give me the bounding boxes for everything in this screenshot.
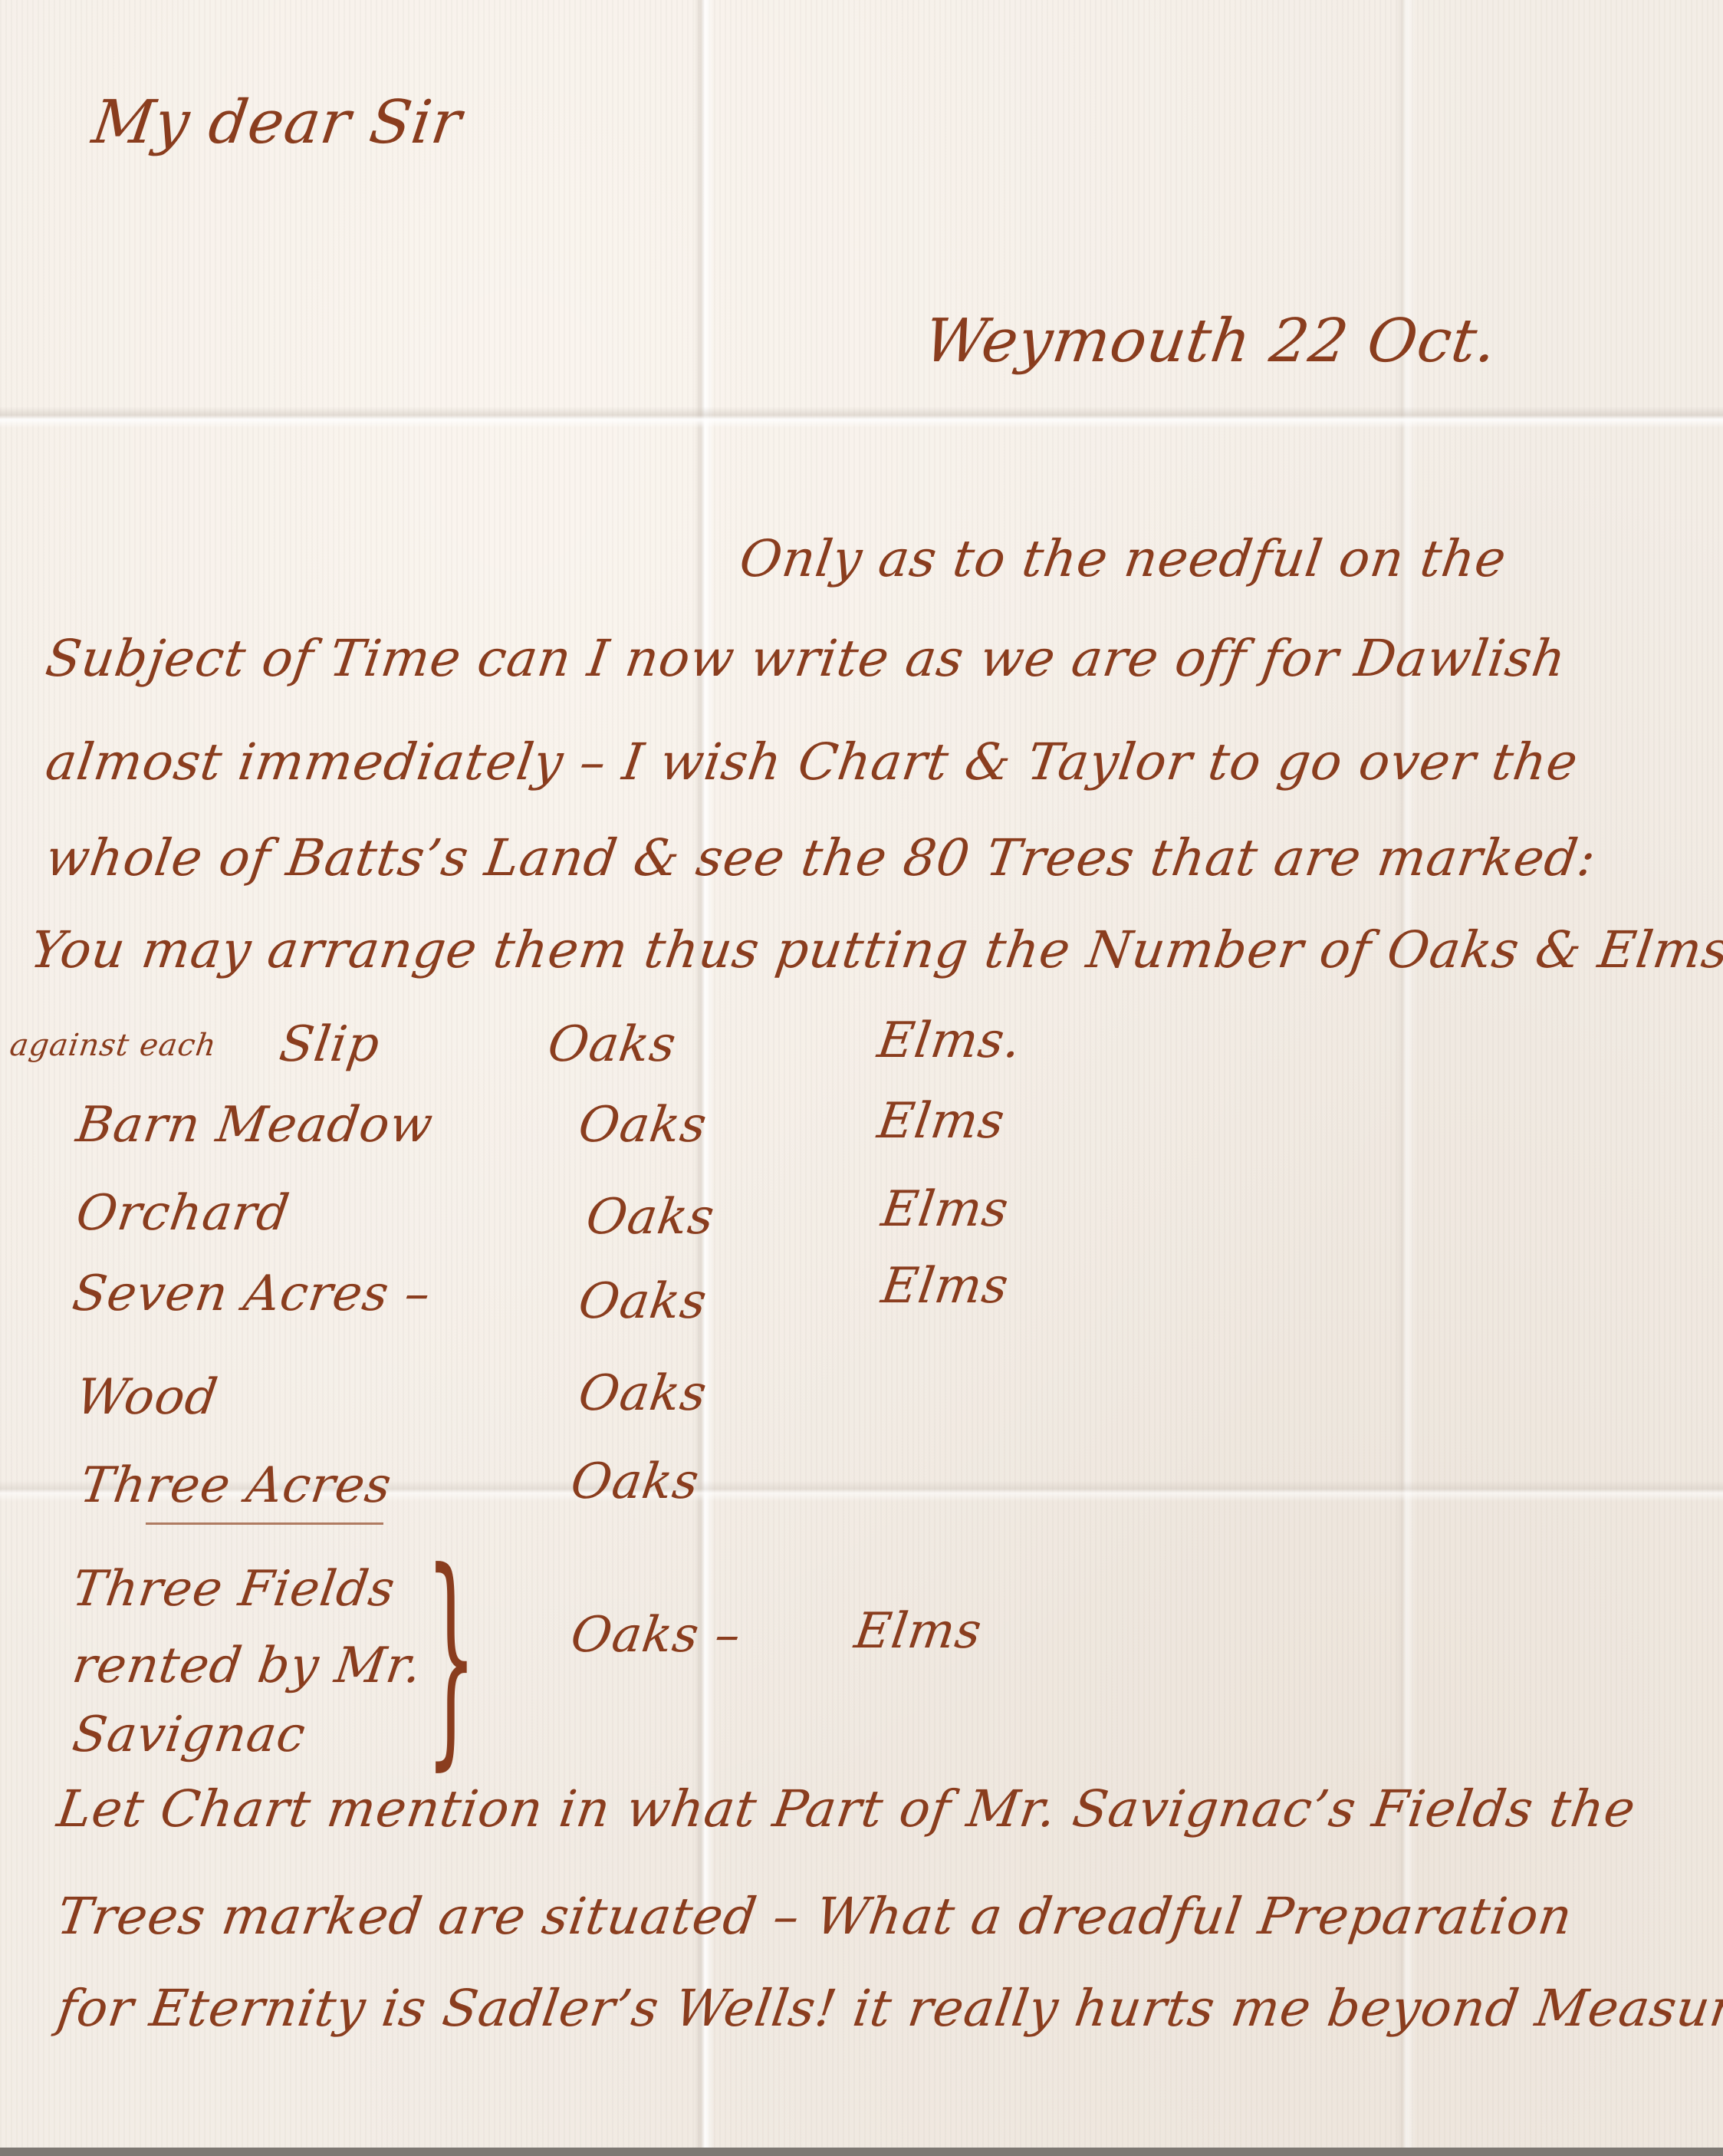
table-row-oaks: Oaks bbox=[567, 1453, 703, 1510]
table-row-elms: Elms bbox=[878, 1258, 1012, 1315]
table-row-dash bbox=[146, 1522, 383, 1525]
table-header-oaks: Oaks bbox=[544, 1016, 680, 1073]
table-row-oaks: Oaks bbox=[575, 1273, 711, 1330]
table-row-field: Three Acres bbox=[77, 1457, 395, 1514]
table-row-elms: Elms bbox=[878, 1181, 1012, 1238]
table-row-field-line-1: Three Fields bbox=[69, 1561, 399, 1618]
table-row-field: Barn Meadow bbox=[73, 1097, 437, 1154]
page-bottom-edge bbox=[0, 2148, 1723, 2156]
body-line-4: whole of Batts’s Land & see the 80 Trees… bbox=[42, 828, 1600, 887]
table-row-oaks: Oaks – bbox=[567, 1607, 745, 1664]
letter-page: My dear Sir Weymouth 22 Oct. Only as to … bbox=[0, 0, 1723, 2148]
table-row-field-line-2: rented by Mr. bbox=[69, 1638, 426, 1694]
table-row-elms: Elms bbox=[874, 1093, 1008, 1150]
body-line-3: almost immediately – I wish Chart & Tayl… bbox=[42, 732, 1582, 792]
curly-brace: } bbox=[426, 1542, 477, 1772]
table-lead-in: against each bbox=[8, 1028, 219, 1063]
table-row-field: Wood bbox=[73, 1369, 222, 1426]
dateline: Weymouth 22 Oct. bbox=[920, 307, 1501, 376]
table-row-field-line-3: Savignac bbox=[69, 1707, 309, 1763]
body-line-2: Subject of Time can I now write as we ar… bbox=[42, 629, 1570, 688]
closing-line-1: Let Chart mention in what Part of Mr. Sa… bbox=[54, 1779, 1639, 1838]
table-row-field: Orchard bbox=[73, 1185, 293, 1242]
body-line-5: You may arrange them thus putting the Nu… bbox=[27, 920, 1723, 979]
salutation: My dear Sir bbox=[88, 88, 466, 157]
horizontal-fold-line bbox=[0, 407, 1723, 428]
table-row-oaks: Oaks bbox=[583, 1189, 718, 1246]
table-row-oaks: Oaks bbox=[575, 1365, 711, 1422]
closing-line-2: Trees marked are situated – What a dread… bbox=[54, 1887, 1577, 1946]
table-header-elms: Elms. bbox=[874, 1012, 1024, 1069]
closing-line-3: for Eternity is Sadler’s Wells! it reall… bbox=[54, 1979, 1723, 2038]
body-line-1: Only as to the needful on the bbox=[736, 529, 1511, 588]
table-header-slip: Slip bbox=[276, 1016, 383, 1073]
table-row-elms: Elms bbox=[851, 1603, 985, 1660]
table-row-oaks: Oaks bbox=[575, 1097, 711, 1154]
table-row-field: Seven Acres – bbox=[69, 1266, 434, 1322]
